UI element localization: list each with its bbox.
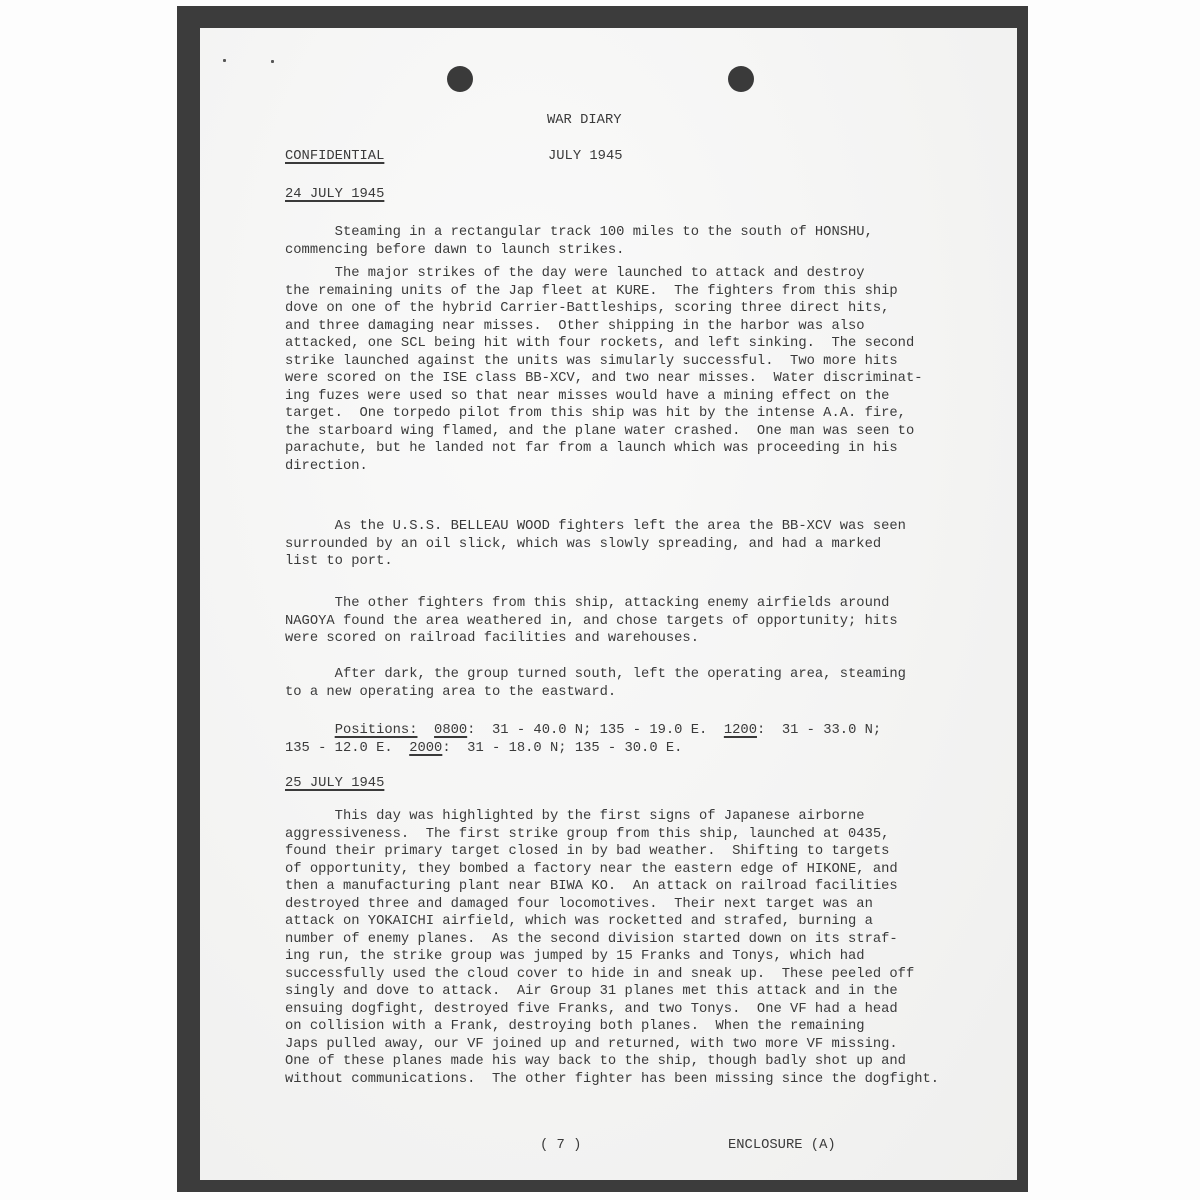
paragraph: Steaming in a rectangular track 100 mile… <box>285 224 965 259</box>
position-lon: 135 - 12.0 E <box>285 741 384 756</box>
entry-date-25: 25 JULY 1945 <box>285 775 384 793</box>
speck <box>223 59 226 62</box>
position-lat: 31 - 18.0 N <box>467 741 558 756</box>
paragraph: After dark, the group turned south, left… <box>285 666 965 701</box>
position-time: 0800 <box>434 723 467 738</box>
paragraph: The other fighters from this ship, attac… <box>285 595 965 648</box>
document-title: WAR DIARY <box>547 112 622 130</box>
positions-label: Positions: <box>335 723 418 738</box>
position-lat: 31 - 33.0 N <box>782 723 873 738</box>
positions-block: Positions: 0800: 31 - 40.0 N; 135 - 19.0… <box>285 722 965 757</box>
page-number: ( 7 ) <box>540 1137 581 1155</box>
enclosure-label: ENCLOSURE (A) <box>728 1137 836 1155</box>
punch-hole-left <box>447 66 473 92</box>
entry-date-24: 24 JULY 1945 <box>285 186 384 204</box>
position-lat: 31 - 40.0 N <box>492 723 583 738</box>
punch-hole-right <box>728 66 754 92</box>
position-time: 2000 <box>409 741 442 756</box>
position-lon: 135 - 30.0 E <box>575 741 674 756</box>
document-month: JULY 1945 <box>548 148 623 166</box>
classification-label: CONFIDENTIAL <box>285 148 384 166</box>
paragraph: As the U.S.S. BELLEAU WOOD fighters left… <box>285 518 965 571</box>
paragraph: The major strikes of the day were launch… <box>285 265 965 475</box>
position-lon: 135 - 19.0 E <box>600 723 699 738</box>
speck <box>271 60 274 63</box>
paragraph: This day was highlighted by the first si… <box>285 808 965 1088</box>
position-time: 1200 <box>724 723 757 738</box>
